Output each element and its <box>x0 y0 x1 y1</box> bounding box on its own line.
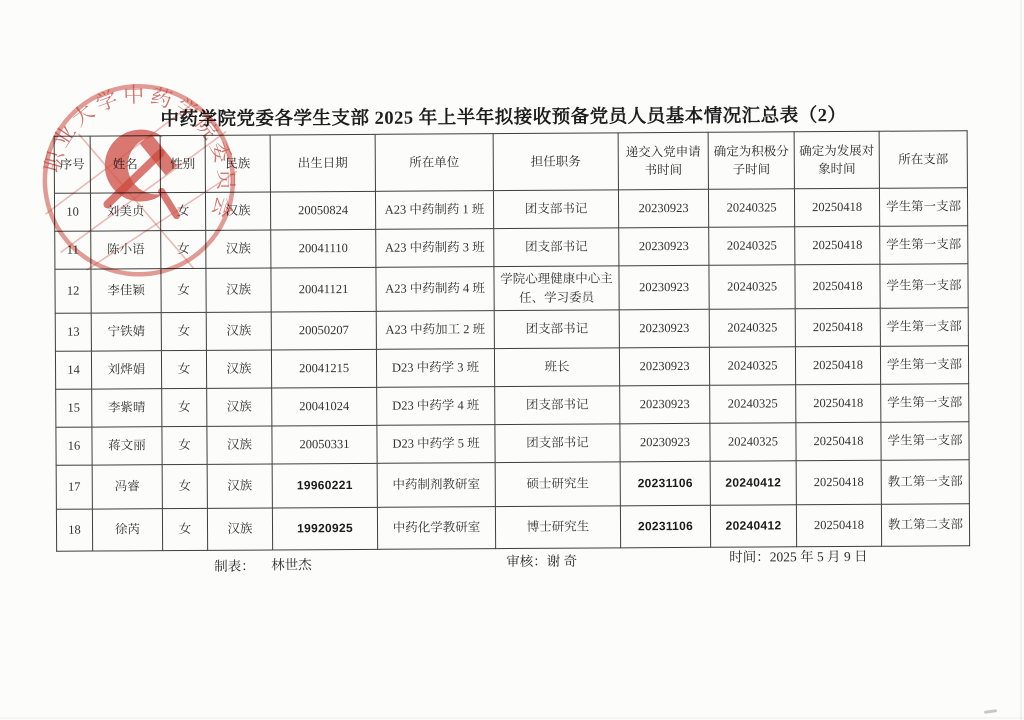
table-cell: 20240412 <box>710 461 796 506</box>
table-cell: 20250418 <box>796 504 881 547</box>
table-cell: 20041121 <box>271 267 376 312</box>
scan-edge-artifact <box>0 717 1024 719</box>
date-value: 2025 年 5 月 9 日 <box>770 549 868 565</box>
table-cell: 20250418 <box>794 188 879 227</box>
table-cell: 中药制剂教研室 <box>377 463 495 508</box>
table-cell: 汉族 <box>207 426 272 464</box>
table-cell: 女 <box>161 312 206 350</box>
table-cell: 20240325 <box>709 309 795 348</box>
table-header-cell: 出生日期 <box>270 134 375 192</box>
table-cell: 20050331 <box>272 425 377 464</box>
table-cell: 女 <box>162 388 207 426</box>
table-cell: 19920925 <box>272 507 377 550</box>
table-cell: 13 <box>55 313 91 351</box>
table-header-cell: 确定为发展对象时间 <box>794 131 879 189</box>
table-cell: 20240325 <box>708 189 794 228</box>
table-cell: 学生第一支部 <box>880 308 968 347</box>
table-cell: 20240325 <box>709 227 795 266</box>
table-cell: D23 中药学 3 班 <box>376 349 494 388</box>
table-cell: 团支部书记 <box>494 310 619 349</box>
table-header-cell: 递交入党申请书时间 <box>618 132 708 190</box>
table-cell: 刘美贞 <box>90 193 160 231</box>
table-cell: D23 中药学 5 班 <box>377 425 495 464</box>
table-cell: 20230923 <box>618 189 708 228</box>
reviewed-label: 审核： <box>506 554 547 569</box>
table-cell: 徐芮 <box>92 509 162 551</box>
table-cell: A23 中药制药 3 班 <box>376 229 494 268</box>
table-header-cell: 民族 <box>205 135 270 192</box>
table-cell: 20230923 <box>619 347 709 386</box>
table-cell: 20041215 <box>271 349 376 388</box>
table-cell: 20240325 <box>710 423 796 462</box>
table-cell: 中药化学教研室 <box>377 507 495 550</box>
table-cell: 汉族 <box>206 268 271 312</box>
table-cell: 陈小语 <box>91 231 161 269</box>
table-cell: 团支部书记 <box>493 190 618 229</box>
table-cell: 汉族 <box>206 230 271 268</box>
table-cell: 女 <box>160 192 205 230</box>
table-cell: 20230923 <box>619 265 709 310</box>
table-cell: 18 <box>56 509 92 551</box>
table-cell: 汉族 <box>207 388 272 426</box>
table-cell: 14 <box>55 351 91 389</box>
table-cell: 学生第一支部 <box>880 264 968 309</box>
table-cell: 女 <box>162 464 207 508</box>
table-cell: 李佳颖 <box>91 269 161 313</box>
table-cell: 班长 <box>494 348 619 387</box>
date-label: 时间： <box>729 549 770 564</box>
table-row: 13宁铁婧女汉族20050207A23 中药加工 2 班团支部书记2023092… <box>55 308 968 352</box>
table-row: 10刘美贞女汉族20050824A23 中药制药 1 班团支部书记2023092… <box>54 188 967 232</box>
table-header-row: 序号姓名性别民族出生日期所在单位担任职务递交入党申请书时间确定为积极分子时间确定… <box>54 131 967 194</box>
table-cell: A23 中药加工 2 班 <box>376 311 494 350</box>
table-cell: 团支部书记 <box>495 386 620 425</box>
reviewed-by: 审核：谢 奇 <box>506 550 577 570</box>
date-line: 时间：2025 年 5 月 9 日 <box>729 545 867 566</box>
table-cell: 20050824 <box>270 191 375 230</box>
table-cell: 学生第一支部 <box>880 226 968 265</box>
table-cell: 20250418 <box>796 384 881 423</box>
table-cell: D23 中药学 4 班 <box>377 387 495 426</box>
table-header-cell: 确定为积极分子时间 <box>708 132 794 190</box>
table-cell: 20230923 <box>620 385 710 424</box>
table-cell: 20230923 <box>620 423 710 462</box>
table-cell: 李紫晴 <box>92 389 162 427</box>
reviewed-by-name: 谢 奇 <box>547 554 577 569</box>
table-header-cell: 性别 <box>160 135 205 192</box>
table-cell: 学生第一支部 <box>879 188 967 227</box>
table-cell: 20250418 <box>795 346 880 385</box>
table-row: 17冯睿女汉族19960221中药制剂教研室硕士研究生2023110620240… <box>56 460 969 510</box>
table-cell: 博士研究生 <box>495 506 620 549</box>
table-cell: 汉族 <box>207 464 272 508</box>
table-cell: 20250418 <box>796 460 881 505</box>
table-cell: 学生第一支部 <box>881 384 969 423</box>
table-cell: 20231106 <box>620 505 710 548</box>
table-row: 12李佳颖女汉族20041121A23 中药制药 4 班学院心理健康中心主任、学… <box>55 264 968 314</box>
table-cell: 15 <box>56 389 92 427</box>
table-cell: 汉族 <box>206 350 271 388</box>
table-cell: 20250418 <box>795 308 880 347</box>
table-cell: 17 <box>56 465 92 509</box>
table-cell: A23 中药制药 1 班 <box>375 191 493 230</box>
summary-table: 序号姓名性别民族出生日期所在单位担任职务递交入党申请书时间确定为积极分子时间确定… <box>54 130 971 552</box>
table-cell: 学院心理健康中心主任、学习委员 <box>494 266 619 311</box>
table-cell: 硕士研究生 <box>495 462 620 507</box>
table-cell: 20240325 <box>709 347 795 386</box>
table-cell: 20230923 <box>619 309 709 348</box>
table-cell: 女 <box>161 230 206 268</box>
table-cell: 20250418 <box>795 226 880 265</box>
scan-edge-artifact <box>1020 0 1022 720</box>
table-cell: 20240325 <box>710 385 796 424</box>
table-row: 14刘烨娟女汉族20041215D23 中药学 3 班班长20230923202… <box>55 346 968 390</box>
scanned-page: 中药学院党委各学生支部 2025 年上半年拟接收预备党员人员基本情况汇总表（2）… <box>0 0 1024 720</box>
table-cell: 19960221 <box>272 463 377 508</box>
table-header-cell: 担任职务 <box>493 133 618 191</box>
prepared-label: 制表： <box>214 555 255 575</box>
table-cell: 20230923 <box>619 227 709 266</box>
table-cell: 冯睿 <box>92 465 162 509</box>
table-row: 15李紫晴女汉族20041024D23 中药学 4 班团支部书记20230923… <box>56 384 969 428</box>
table-row: 16蒋文丽女汉族20050331D23 中药学 5 班团支部书记20230923… <box>56 422 969 466</box>
table-header-cell: 所在支部 <box>879 131 967 189</box>
table-cell: 蒋文丽 <box>92 427 162 465</box>
table-cell: 女 <box>161 350 206 388</box>
table-header-cell: 序号 <box>54 136 90 193</box>
table-cell: 16 <box>56 427 92 465</box>
table-cell: 汉族 <box>205 192 270 230</box>
table-cell: 团支部书记 <box>494 228 619 267</box>
footer: 制表： 林世杰 审核：谢 奇 时间：2025 年 5 月 9 日 <box>1 546 1011 576</box>
table-row: 11陈小语女汉族20041110A23 中药制药 3 班团支部书记2023092… <box>55 226 968 270</box>
table-cell: 汉族 <box>206 312 271 350</box>
table-cell: 宁铁婧 <box>91 313 161 351</box>
page-title: 中药学院党委各学生支部 2025 年上半年拟接收预备党员人员基本情况汇总表（2） <box>0 100 1009 132</box>
table-cell: 学生第一支部 <box>881 422 969 461</box>
table-cell: 20050207 <box>271 311 376 350</box>
table-cell: 20041110 <box>271 229 376 268</box>
table-cell: 20240325 <box>709 265 795 310</box>
table-cell: 女 <box>162 508 207 550</box>
table-cell: 20231106 <box>620 461 710 506</box>
table-cell: 11 <box>55 231 91 269</box>
table-cell: 教工第二支部 <box>881 504 969 547</box>
table-cell: 学生第一支部 <box>880 346 968 385</box>
table-cell: 20250418 <box>796 422 881 461</box>
table-header-cell: 所在单位 <box>375 134 493 192</box>
table-cell: 12 <box>55 269 91 313</box>
prepared-by-name: 林世杰 <box>271 553 312 573</box>
table-cell: 女 <box>161 268 206 312</box>
table-cell: 汉族 <box>207 508 272 550</box>
table-cell: 刘烨娟 <box>91 351 161 389</box>
table-cell: 20240412 <box>710 505 796 548</box>
table-cell: 女 <box>162 426 207 464</box>
table-cell: 教工第一支部 <box>881 460 969 505</box>
table-cell: 团支部书记 <box>495 424 620 463</box>
table-cell: 20250418 <box>795 264 880 309</box>
table-header-cell: 姓名 <box>90 136 160 193</box>
table-cell: 10 <box>54 193 90 231</box>
table-cell: 20041024 <box>272 387 377 426</box>
table-cell: A23 中药制药 4 班 <box>376 267 494 312</box>
